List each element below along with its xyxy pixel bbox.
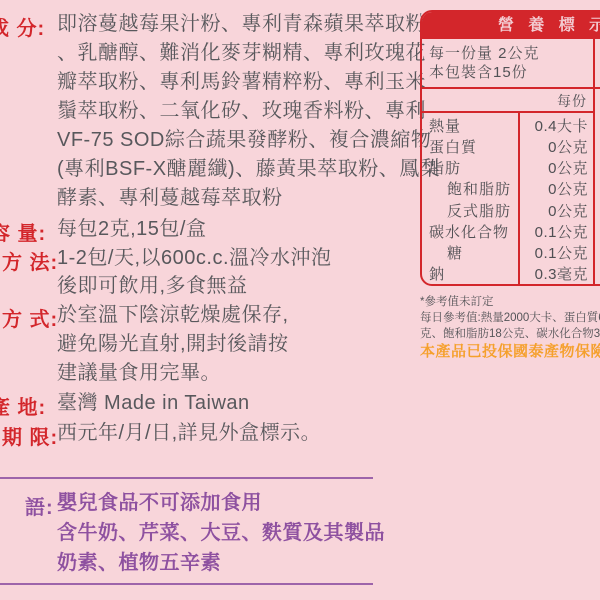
row-value: 0.1公克 <box>520 242 593 263</box>
warning-line: 嬰兒食品不可添加食用 <box>57 488 385 518</box>
usage-line: 後即可飲用,多食無益 <box>57 272 332 300</box>
ingredients-line: 酵素、專利蔓越莓萃取粉 <box>57 184 440 213</box>
usage-line: 1-2包/天,以600c.c.溫冷水沖泡 <box>57 244 332 272</box>
warning-divider-bottom <box>0 583 373 585</box>
row-name: 鈉 <box>422 263 520 284</box>
storage-label: 方 式: <box>2 303 58 332</box>
origin-text: 臺灣 Made in Taiwan <box>57 389 250 418</box>
row-value: 0.4大卡 <box>520 115 593 136</box>
per-serving-column-header: 每份 <box>422 89 593 113</box>
row-name: 飽和脂肪 <box>422 178 520 199</box>
row-value: 0.1公克 <box>520 221 593 242</box>
footnote-line: *參考值未訂定 <box>420 294 600 310</box>
nutrition-serving-info: 每一份量 2公克 本包裝含15份 <box>422 39 600 89</box>
nutrition-row: 反式脂肪 0公克 <box>422 200 600 221</box>
storage-line: 建議量食用完畢。 <box>57 359 289 388</box>
nutrition-row: 脂肪 0公克 <box>422 157 600 178</box>
storage-line: 於室溫下陰涼乾燥處保存, <box>57 301 289 330</box>
nutrition-row: 熱量 0.4大卡 <box>422 115 600 136</box>
nutrition-row: 糖 0.1公克 <box>422 242 600 263</box>
column-divider <box>518 113 520 286</box>
row-value: 0公克 <box>520 136 593 157</box>
warning-text: 嬰兒食品不可添加食用 含牛奶、芹菜、大豆、麩質及其製品 奶素、植物五辛素 <box>57 488 385 578</box>
serving-size: 每一份量 2公克 <box>429 44 600 63</box>
ingredients-line: VF-75 SOD綜合蔬果發酵粉、複合濃縮物 <box>57 126 440 155</box>
nutrition-row: 碳水化合物 0.1公克 <box>422 221 600 242</box>
storage-line: 避免陽光直射,開封後請按 <box>57 330 289 359</box>
row-value: 0公克 <box>520 178 593 199</box>
row-name: 碳水化合物 <box>422 221 520 242</box>
row-name: 蛋白質 <box>422 136 520 157</box>
capacity-label: 容 量: <box>0 217 46 246</box>
warning-divider-top <box>0 477 373 479</box>
warning-line: 含牛奶、芹菜、大豆、麩質及其製品 <box>57 518 385 548</box>
nutrition-table: 營 養 標 示 每一份量 2公克 本包裝含15份 每份 熱量 0.4大卡 蛋白質… <box>420 10 600 286</box>
warning-label: 語: <box>25 491 54 520</box>
ingredients-line: 即溶蔓越莓果汁粉、專利青森蘋果萃取粉 <box>57 10 440 39</box>
warning-line: 奶素、植物五辛素 <box>57 548 385 578</box>
usage-label: 方 法: <box>2 246 58 275</box>
usage-text: 1-2包/天,以600c.c.溫冷水沖泡 後即可飲用,多食無益 <box>57 244 332 300</box>
servings-per-pack: 本包裝含15份 <box>429 63 600 82</box>
origin-label: 產 地: <box>0 391 46 420</box>
row-value: 0公克 <box>520 200 593 221</box>
nutrition-rows: 熱量 0.4大卡 蛋白質 0公克 脂肪 0公克 飽和脂肪 0公克 反式脂肪 0公… <box>422 113 600 286</box>
expiry-label: 期 限: <box>2 421 58 450</box>
ingredients-line: 、乳醣醇、難消化麥芽糊精、專利玫瑰花 <box>57 39 440 68</box>
nutrition-footnotes: *參考值未訂定 每日參考值:熱量2000大卡、蛋白質60 克、飽和脂肪18公克、… <box>420 294 600 342</box>
ingredients-label: 成 分: <box>0 12 45 41</box>
footnote-line: 每日參考值:熱量2000大卡、蛋白質60 <box>420 310 600 326</box>
row-value: 0.3毫克 <box>520 263 593 284</box>
ingredients-text: 即溶蔓越莓果汁粉、專利青森蘋果萃取粉 、乳醣醇、難消化麥芽糊精、專利玫瑰花 瓣萃… <box>57 10 440 213</box>
insurance-note: 本產品已投保國泰產物保險二千萬 <box>420 340 600 361</box>
product-label-page: { "colors": { "background": "#f8d5da", "… <box>0 0 600 600</box>
ingredients-line: (專利BSF-X醣麗纖)、藤黃果萃取粉、鳳梨 <box>57 155 440 184</box>
expiry-text: 西元年/月/日,詳見外盒標示。 <box>57 419 321 448</box>
row-name: 糖 <box>422 242 520 263</box>
storage-text: 於室溫下陰涼乾燥處保存, 避免陽光直射,開封後請按 建議量食用完畢。 <box>57 301 289 388</box>
nutrition-row: 飽和脂肪 0公克 <box>422 178 600 199</box>
ingredients-line: 鬚萃取粉、二氧化矽、玫瑰香料粉、專利 <box>57 97 440 126</box>
value-column-right-border <box>593 39 595 284</box>
nutrition-title: 營 養 標 示 <box>422 12 600 39</box>
row-name: 反式脂肪 <box>422 200 520 221</box>
ingredients-line: 瓣萃取粉、專利馬鈴薯精粹粉、專利玉米 <box>57 68 440 97</box>
nutrition-row: 鈉 0.3毫克 <box>422 263 600 284</box>
nutrition-row: 蛋白質 0公克 <box>422 136 600 157</box>
row-name: 熱量 <box>422 115 520 136</box>
row-name: 脂肪 <box>422 157 520 178</box>
capacity-text: 每包2克,15包/盒 <box>57 215 206 244</box>
row-value: 0公克 <box>520 157 593 178</box>
